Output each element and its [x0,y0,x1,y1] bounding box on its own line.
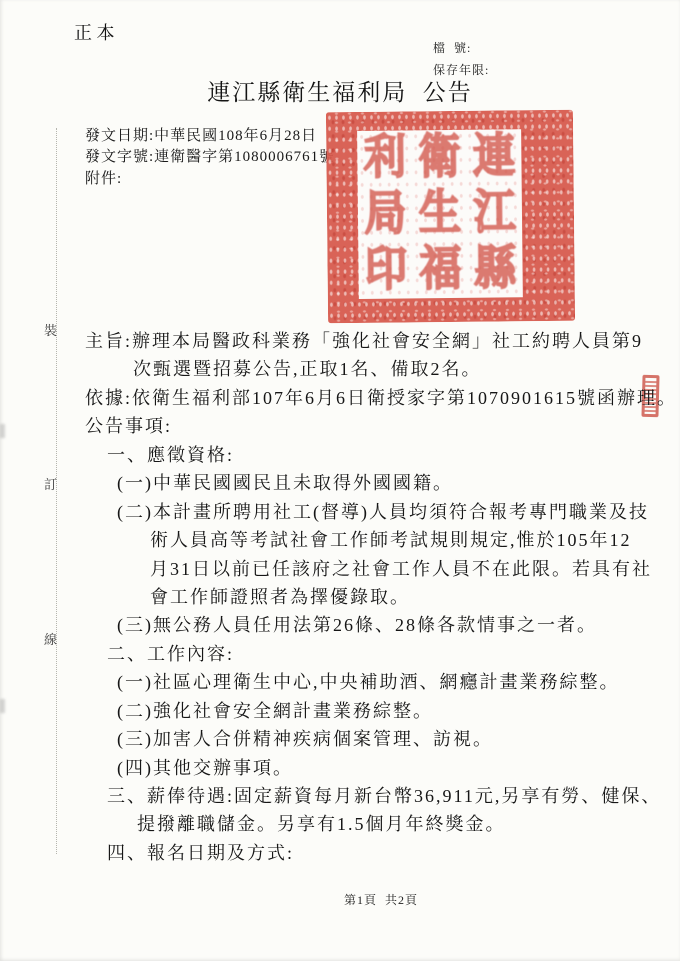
seal-character: 衛 [418,134,461,181]
item-2-sub-2: (二)強化社會安全網計畫業務綜整。 [0,697,680,725]
seal-character: 局 [364,191,407,238]
seal-character: 生 [419,190,462,237]
document-title: 連江縣衛生福利局 公告 [0,74,680,107]
item-1-sub-2-line-1: (二)本計畫所聘用社工(督導)人員均須符合報考專門職業及技 [0,498,680,526]
item-2-sub-3: (三)加害人合併精神疾病個案管理、訪視。 [0,725,680,753]
item-1-sub-1: (一)中華民國國民且未取得外國國籍。 [0,469,680,497]
attachment-label: 附件: [85,169,335,190]
basis-line: 依據:依衛生福利部107年6月6日衛授家字第1070901615號函辦理。 [0,384,680,412]
scan-artifact [0,699,5,713]
seal-character: 江 [473,190,516,237]
copy-type-label: 正 本 [74,19,115,45]
announcement-items-header: 公告事項: [0,412,680,440]
page-number: 第1頁 共2頁 [344,891,418,908]
scanned-official-announcement: 正 本 檔 號: 保存年限: 連江縣衛生福利局 公告 發文日期:中華民國108年… [0,0,680,961]
announcement-body: 主旨:辦理本局醫政科業務「強化社會安全網」社工約聘人員第9 次甄選暨招募公告,正… [0,327,680,867]
seal-character: 連 [473,134,516,181]
issue-date: 發文日期:中華民國108年6月28日 [85,126,335,147]
agency-seal-inner: 利 衛 連 局 生 江 印 福 縣 [357,129,523,299]
item-1-sub-2-line-2: 術人員高等考試社會工作師考試規則規定,惟於105年12 [0,526,680,554]
issue-number: 發文字號:連衛醫字第1080006761號 [85,147,335,168]
subject-line-1: 主旨:辦理本局醫政科業務「強化社會安全網」社工約聘人員第9 [0,327,680,355]
item-4-registration-header: 四、報名日期及方式: [0,839,680,867]
item-2-sub-4: (四)其他交辦事項。 [0,754,680,782]
item-2-duties-header: 二、工作內容: [0,640,680,668]
seal-character: 縣 [474,246,517,293]
item-1-sub-2-line-4: 會工作師證照者為擇優錄取。 [0,583,680,611]
subject-line-2: 次甄選暨招募公告,正取1名、備取2名。 [0,355,680,383]
agency-seal-stamp: 利 衛 連 局 生 江 印 福 縣 [326,110,575,324]
document-meta: 發文日期:中華民國108年6月28日 發文字號:連衛醫字第1080006761號… [85,126,335,190]
item-1-qualifications-header: 一、應徵資格: [0,441,680,469]
seal-character: 印 [365,247,408,294]
file-number-label: 檔 號: [433,39,471,56]
item-1-sub-3: (三)無公務人員任用法第26條、28條各款情事之一者。 [0,611,680,639]
item-1-sub-2-line-3: 月31日以前已任該府之社會工作人員不在此限。若具有社 [0,555,680,583]
item-3-salary-line-1: 三、薪俸待遇:固定薪資每月新台幣36,911元,另享有勞、健保、 [0,782,680,810]
item-3-salary-line-2: 提撥離職儲金。另享有1.5個月年終獎金。 [0,810,680,838]
seal-character: 福 [419,246,462,293]
scan-artifact [0,424,5,438]
item-2-sub-1: (一)社區心理衛生中心,中央補助酒、網癮計畫業務綜整。 [0,668,680,696]
seal-character: 利 [363,135,406,182]
